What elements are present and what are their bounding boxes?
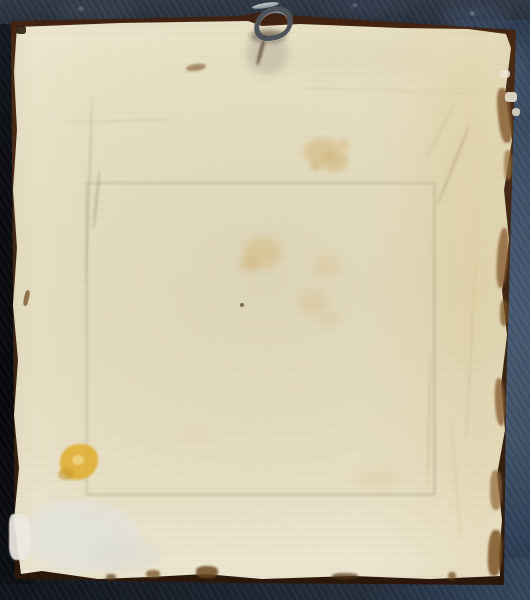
bottom-chip (196, 566, 218, 578)
hanging-ring-loop (254, 3, 293, 44)
edge-tear-brown (504, 150, 512, 180)
edge-tear-brown (495, 228, 510, 289)
edge-tear-brown (490, 470, 502, 510)
edge-tear-brown (487, 530, 503, 577)
bottom-chip (106, 574, 116, 580)
photo-of-framed-panel-back (0, 0, 530, 600)
torn-paper-bit (500, 70, 510, 78)
torn-paper-bit (512, 108, 520, 116)
edge-tear-layer (0, 0, 530, 600)
torn-paper-bit (505, 92, 517, 102)
bottom-chip (448, 572, 456, 580)
white-label-tab (9, 514, 31, 560)
bottom-chip (332, 573, 358, 579)
bottom-chip (146, 570, 160, 578)
hanging-ring (249, 4, 291, 40)
edge-tear-left (22, 290, 30, 307)
corner-notch (16, 26, 26, 34)
edge-tear-brown (494, 378, 506, 426)
edge-tear-brown (500, 300, 508, 326)
